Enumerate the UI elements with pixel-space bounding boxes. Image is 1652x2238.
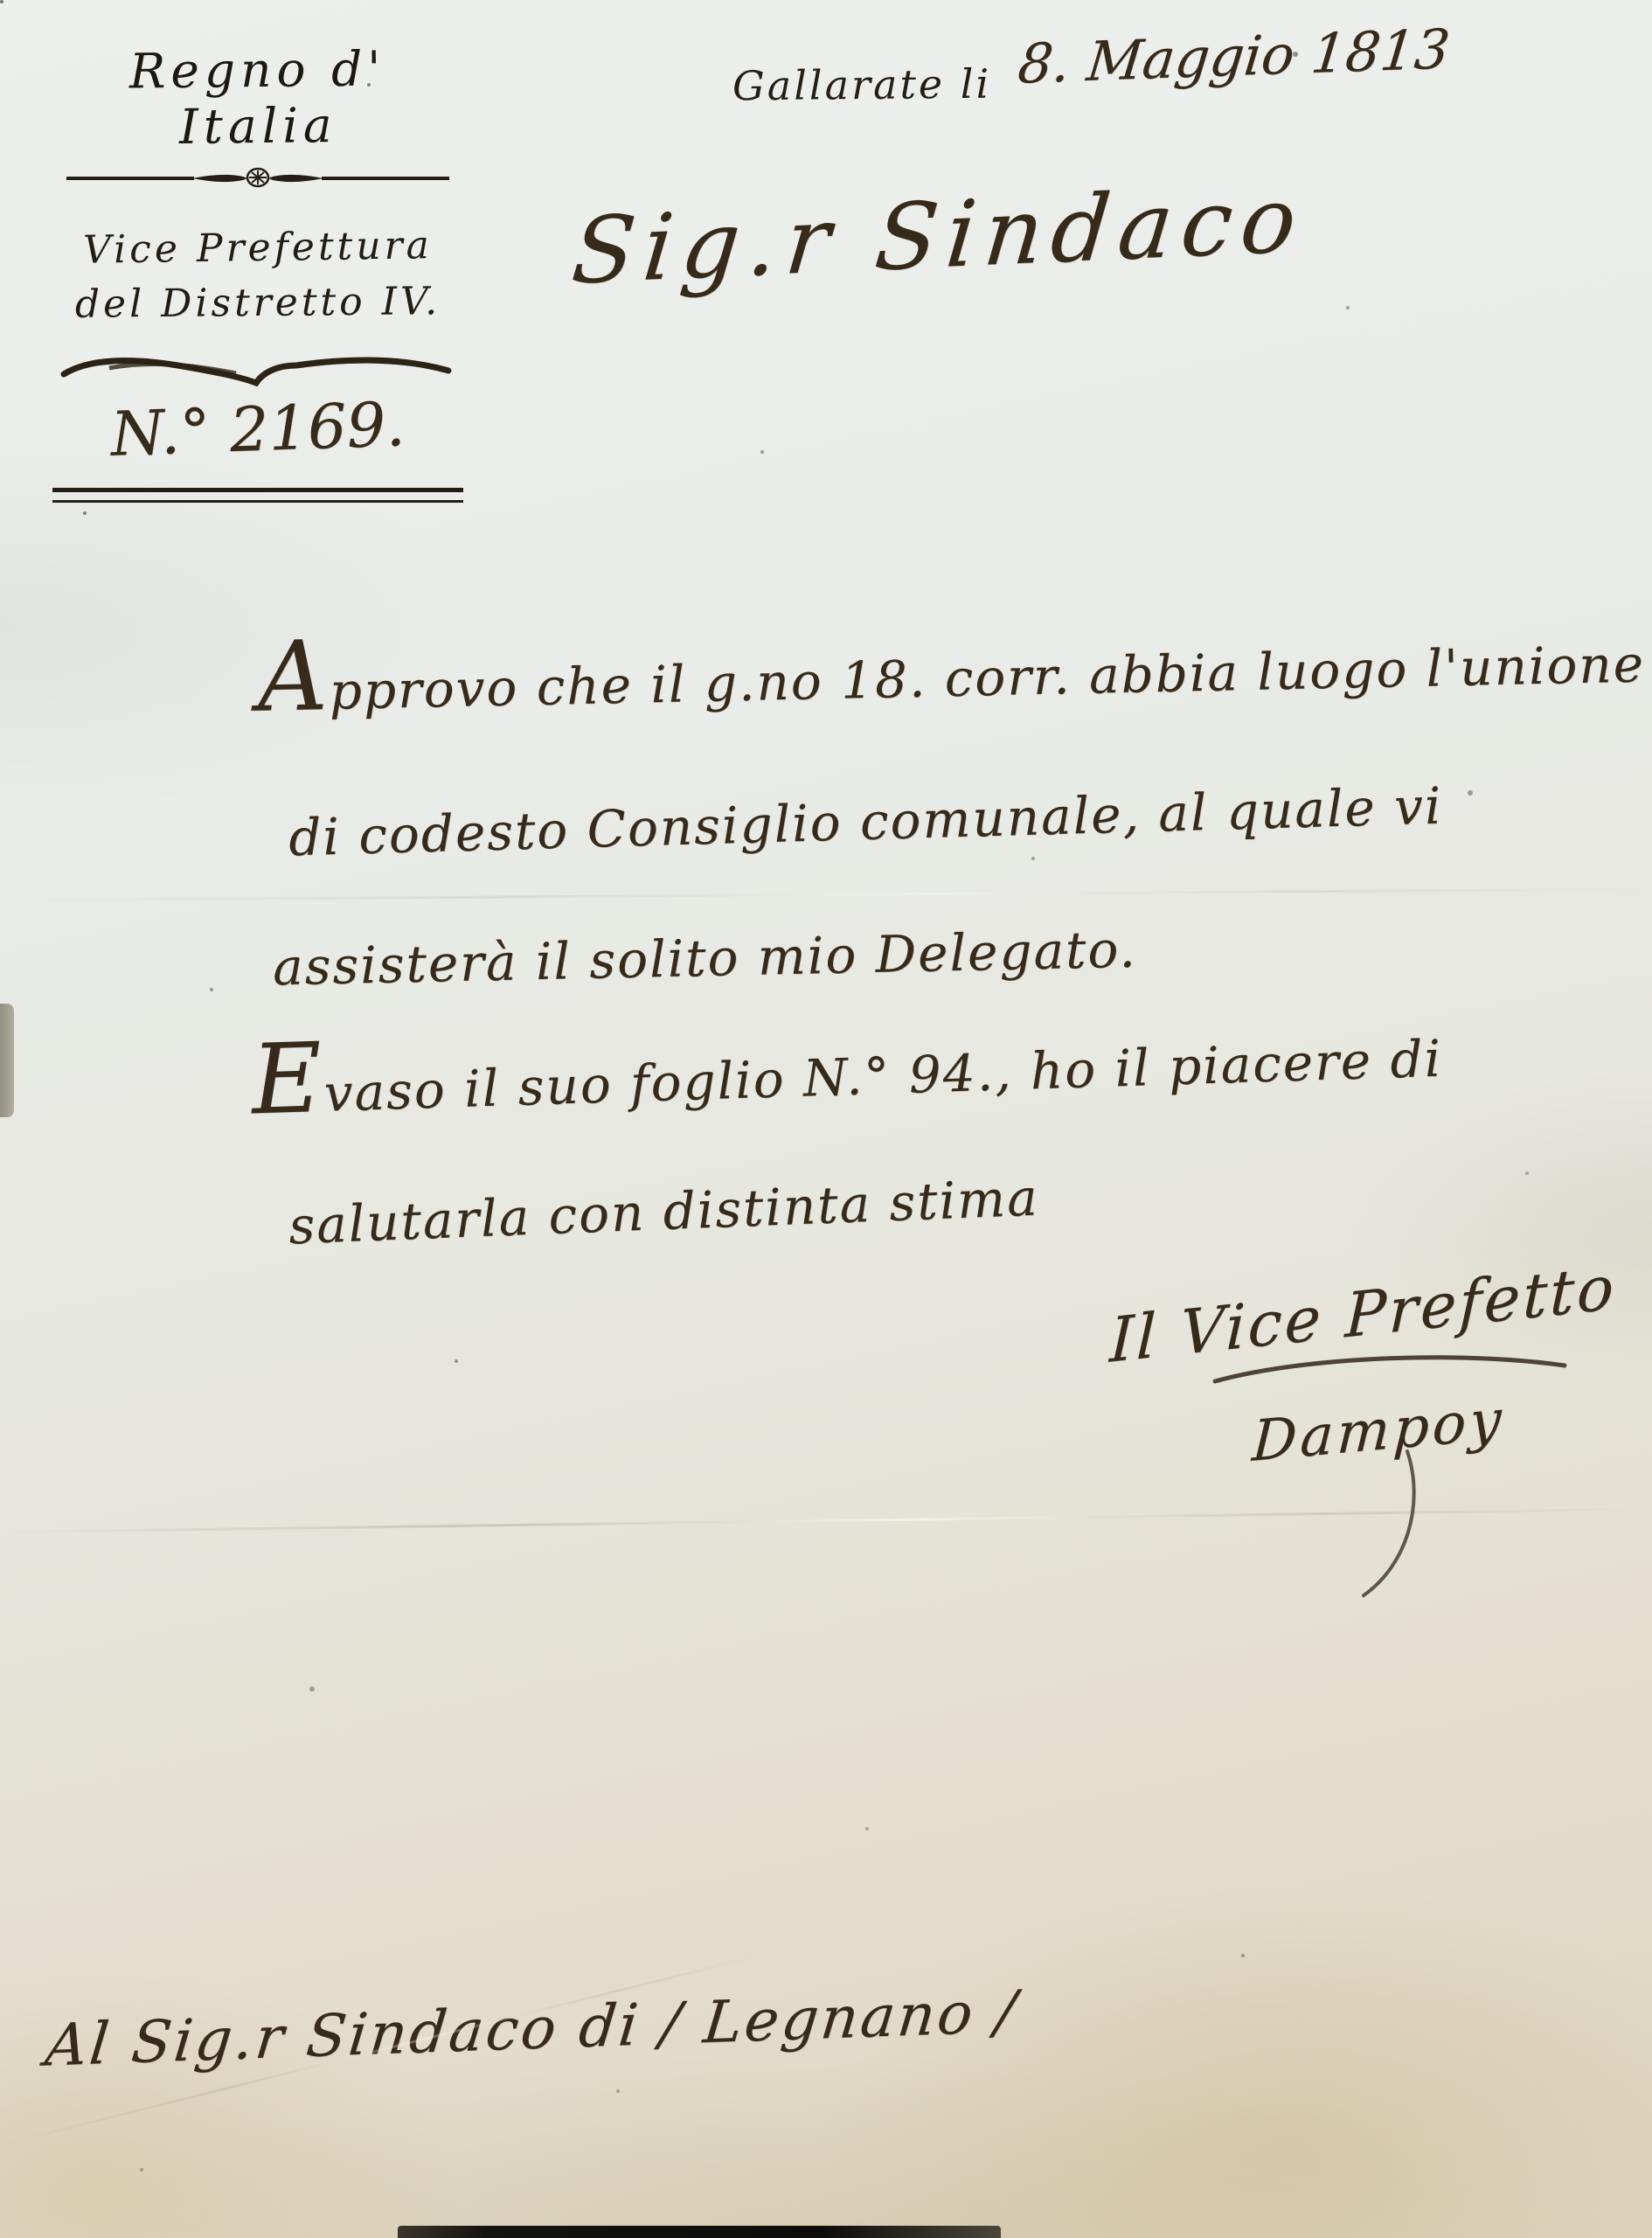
letterhead: Regno d' Italia Vice Prefettura del Dist… [48, 42, 468, 503]
body-line: Evaso il suo foglio N.° 94., ho il piace… [251, 1029, 1443, 1126]
signature-flourish [1206, 1346, 1573, 1609]
ornamental-divider-rosette [61, 166, 455, 189]
scan-edge-bar [398, 2226, 1001, 2238]
paper-crease [0, 887, 1652, 901]
scanned-letter-page: Regno d' Italia Vice Prefettura del Dist… [0, 0, 1652, 2238]
handwritten-flourish [57, 344, 459, 390]
footer-address: Al Sig.r Sindaco di / Legnano / [45, 1978, 1019, 2080]
double-rule-divider [52, 488, 463, 503]
letterhead-office-line1: Vice Prefettura [48, 223, 469, 274]
letterhead-kingdom-title: Regno d' Italia [47, 39, 468, 156]
letterhead-office-line2: del Distretto IV. [48, 279, 468, 327]
body-line: Approvo che il g.no 18. corr. abbia luog… [257, 634, 1645, 722]
dateline-printed-place: Gallarate li [732, 60, 992, 110]
dateline-handwritten-date: 8. Maggio 1813 [1017, 17, 1451, 95]
binder-clip-mark [0, 1004, 14, 1117]
ink-speckles [0, 0, 3, 3]
body-line: salutarla con distinta stima [288, 1168, 1040, 1256]
body-line: di codesto Consiglio comunale, al quale … [288, 776, 1443, 868]
body-line: assisterà il solito mio Delegato. [272, 920, 1137, 997]
salutation: Sig.r Sindaco [571, 166, 1307, 304]
protocol-number: N.° 2169. [47, 386, 469, 473]
